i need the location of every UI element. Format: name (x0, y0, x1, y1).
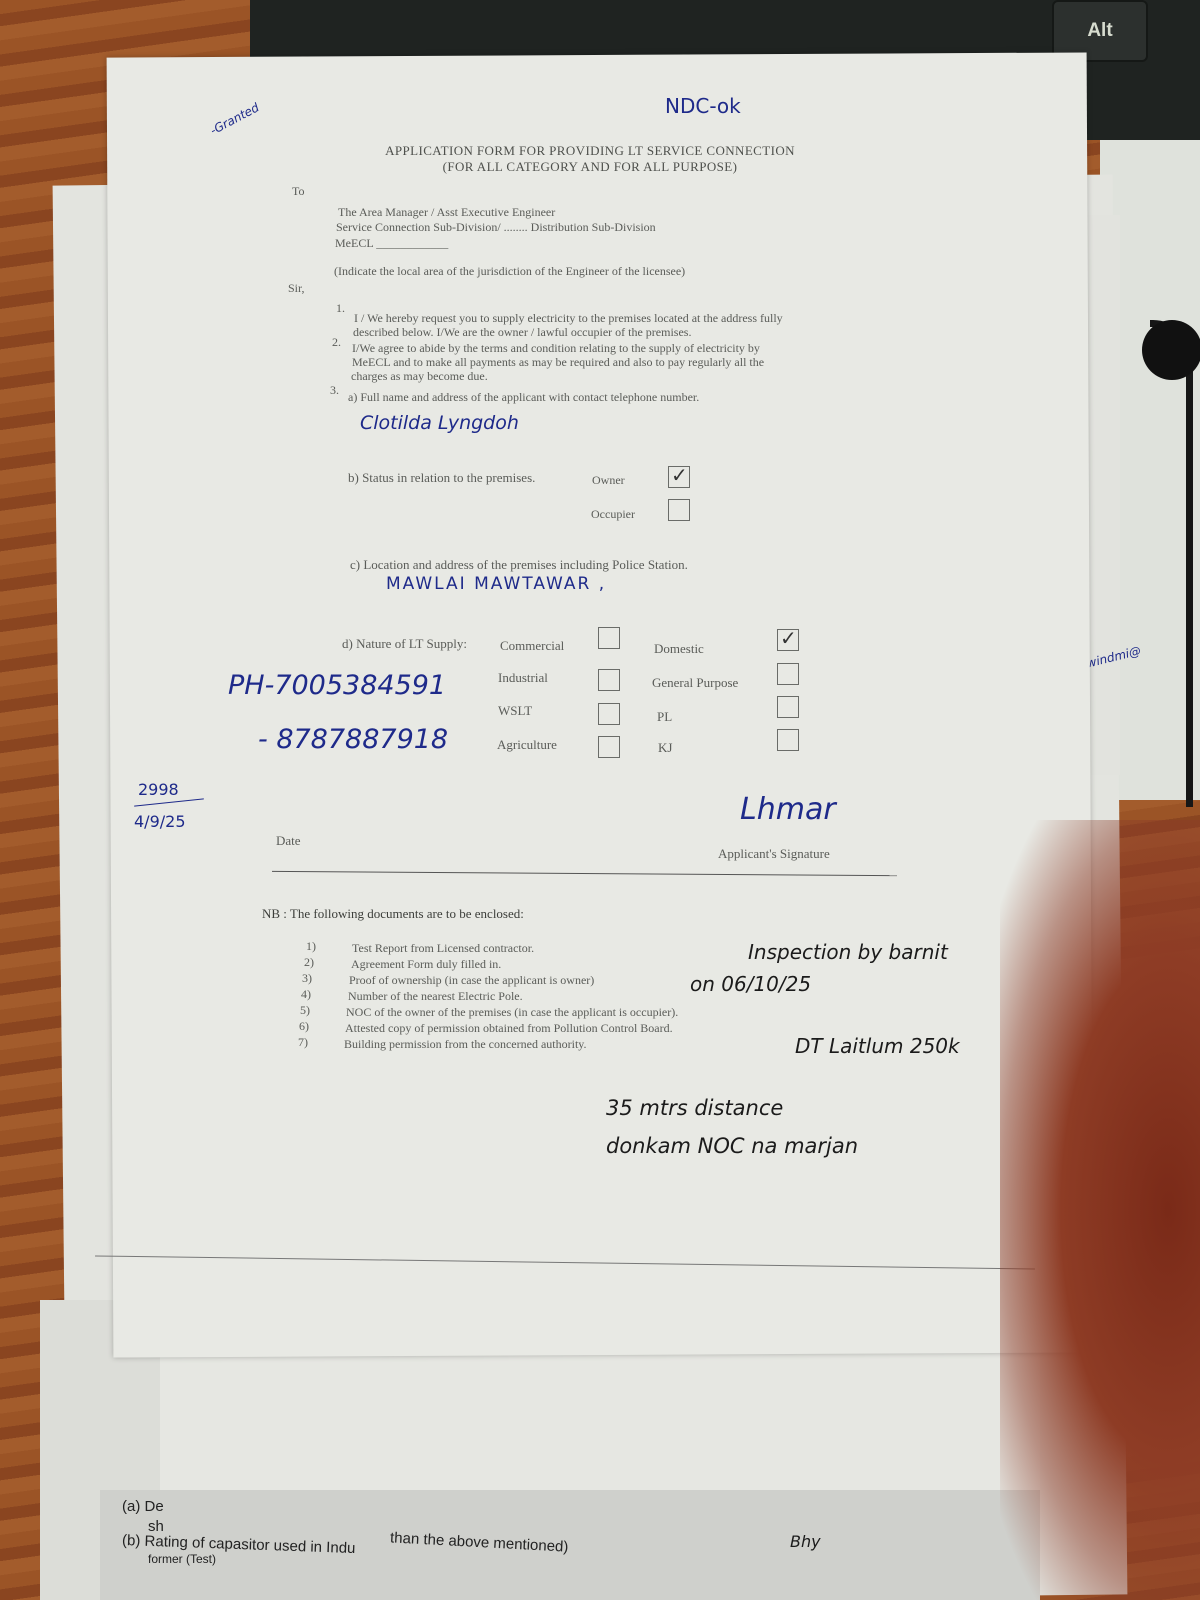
earbud-icon (1142, 320, 1200, 380)
form-title: APPLICATION FORM FOR PROVIDING LT SERVIC… (360, 143, 820, 175)
applicant-signature: Lhmar (740, 792, 836, 827)
commercial-checkbox[interactable] (598, 627, 620, 649)
earphone-cable (1150, 320, 1193, 807)
kj-checkbox[interactable] (777, 729, 799, 751)
to-label: To (292, 184, 305, 199)
nb-heading: NB : The following documents are to be e… (262, 906, 524, 922)
agriculture-checkbox[interactable] (598, 736, 620, 758)
supply-label: d) Nature of LT Supply: (342, 636, 467, 652)
finger-blur (1000, 820, 1200, 1600)
bottom-form: (a) De sh than the above mentioned) (b) … (100, 1490, 1040, 1600)
location-value: MAWLAI MAWTAWAR , (386, 574, 606, 594)
wslt-checkbox[interactable] (598, 703, 620, 725)
owner-checkbox[interactable] (668, 466, 690, 488)
industrial-checkbox[interactable] (598, 669, 620, 691)
pl-checkbox[interactable] (777, 696, 799, 718)
receipt-number: 2998 (138, 780, 179, 799)
location-label: c) Location and address of the premises … (350, 557, 688, 573)
occupier-checkbox[interactable] (668, 499, 690, 521)
status-label: b) Status in relation to the premises. (348, 470, 535, 486)
date-label: Date (276, 833, 301, 849)
applicant-name: Clotilda Lyngdoh (360, 412, 519, 434)
salutation: Sir, (288, 281, 305, 296)
receipt-date: 4/9/25 (134, 812, 186, 831)
domestic-checkbox[interactable] (777, 629, 799, 651)
general-purpose-checkbox[interactable] (777, 663, 799, 685)
phone-2: - 8787887918 (258, 724, 448, 755)
stamp-note: NDC-ok (665, 94, 741, 118)
phone-1: PH-7005384591 (228, 670, 446, 701)
signature-label: Applicant's Signature (718, 846, 830, 862)
